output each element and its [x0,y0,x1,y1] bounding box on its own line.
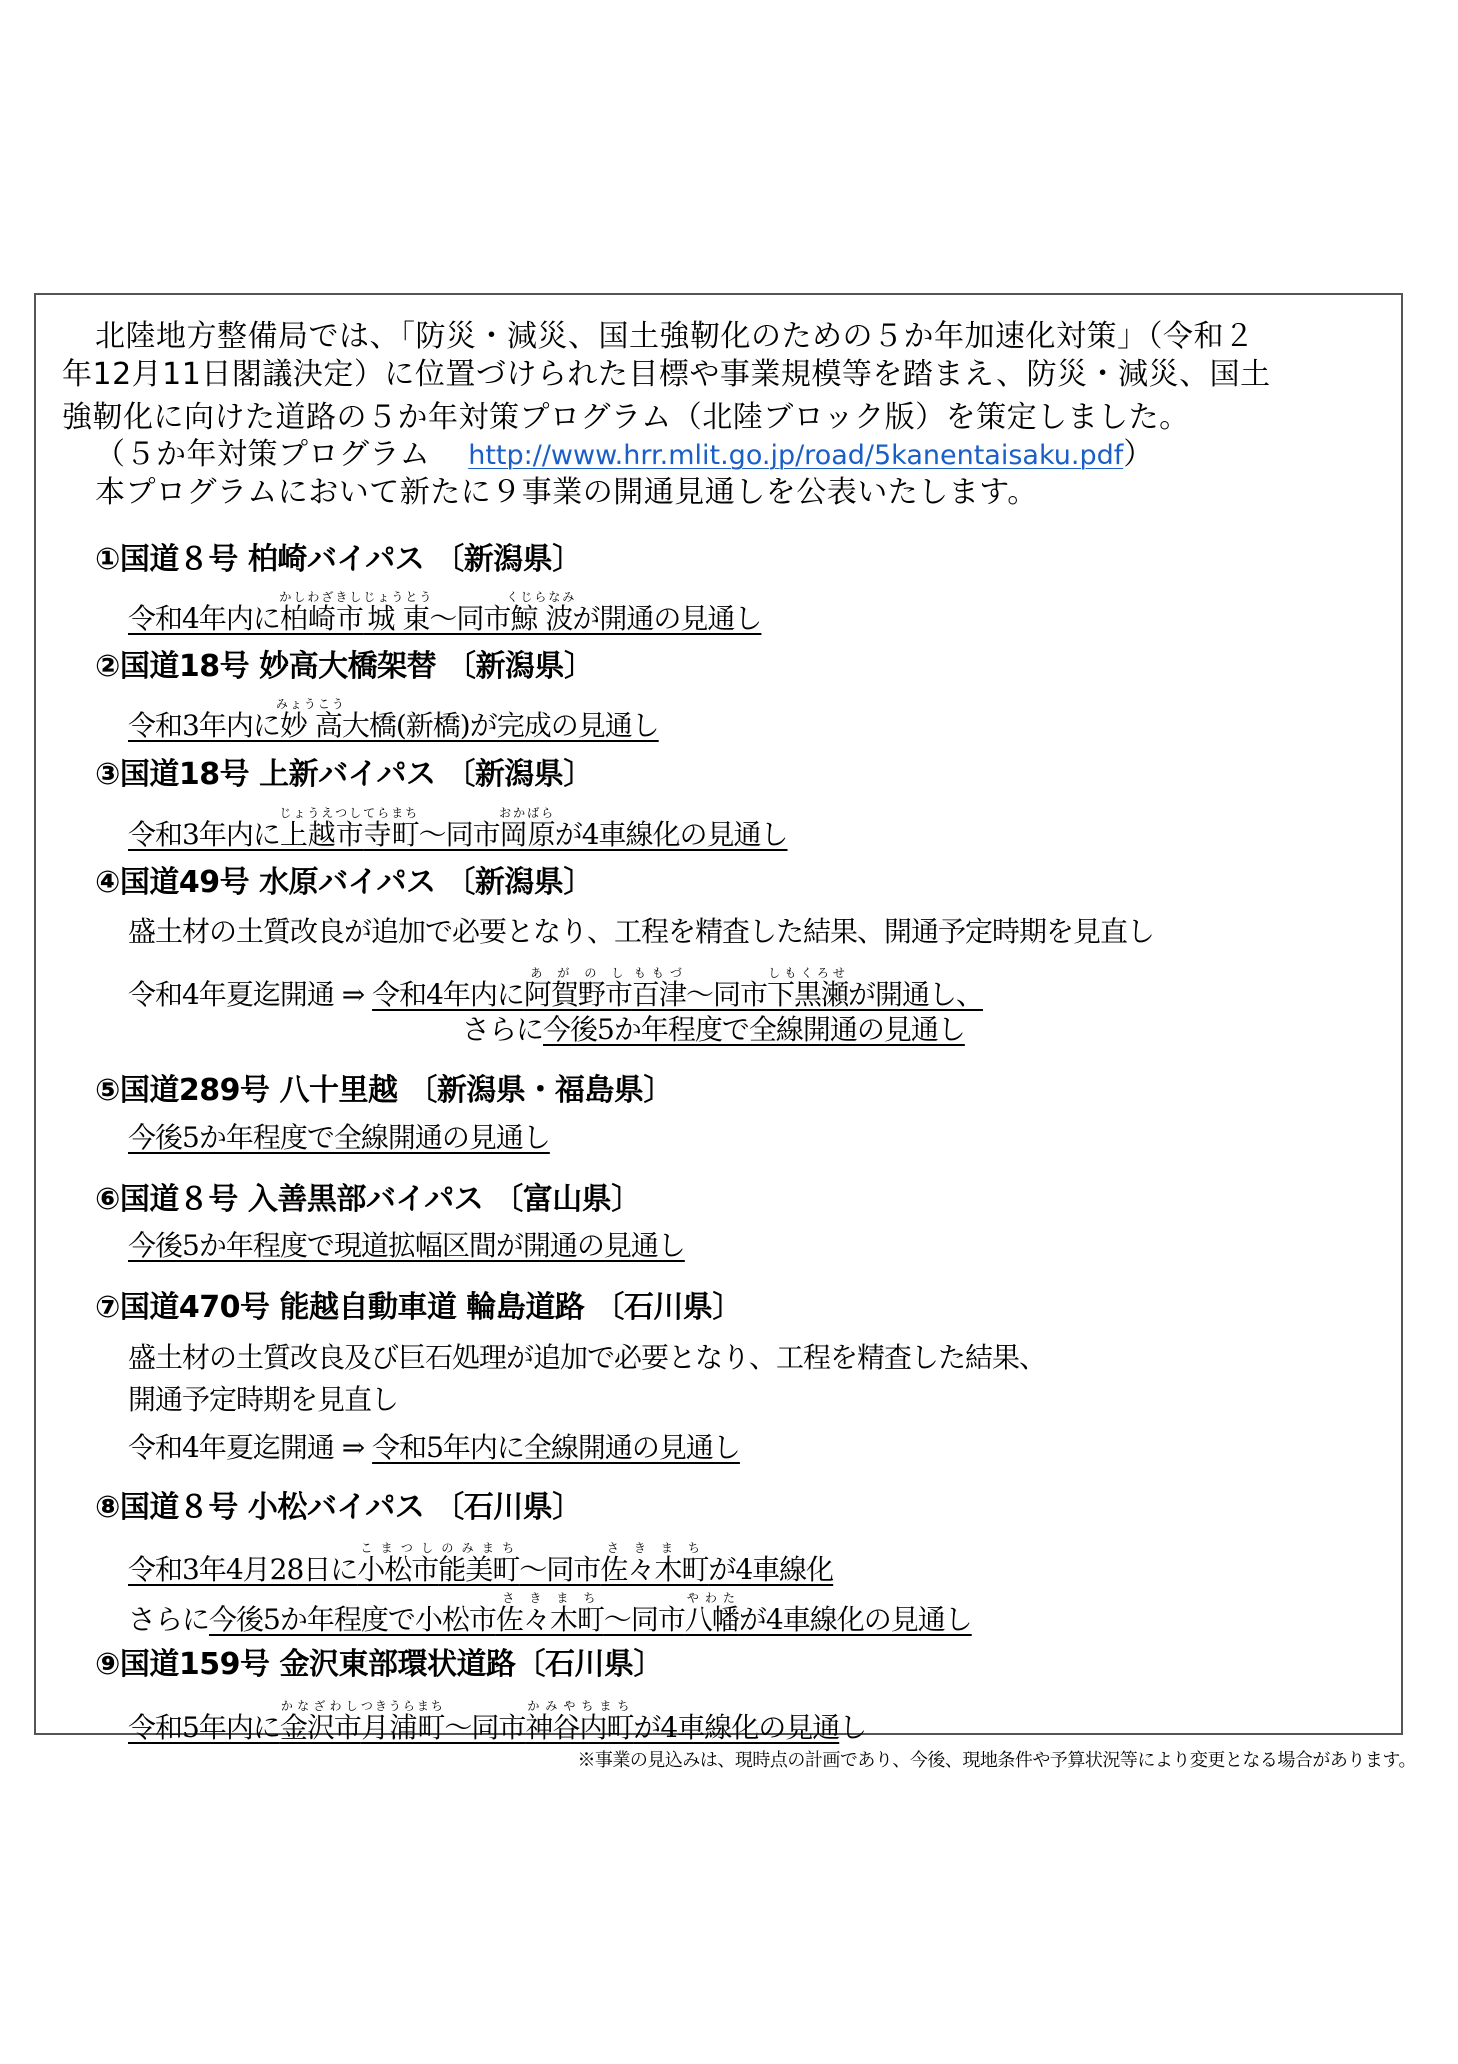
furigana: やわた [685,1591,739,1605]
project-4-reason: 盛土材の土質改良が追加で必要となり、工程を精査した結果、開通予定時期を見直し [128,918,1154,946]
furigana: こまつし [357,1541,438,1555]
furigana: ももづ [632,966,686,980]
project-6-detail: 今後5か年程度で現道拡幅区間が開通の見通し [128,1232,685,1260]
text-segment: が開通の見通し [572,602,761,635]
text-segment: ～同市 [519,1553,600,1586]
project-2-detail: 令和3年内に妙高みょうこう大橋(新橋)が完成の見通し [128,697,659,740]
furigana: かなざわし [280,1699,361,1713]
project-5-heading: ⑤国道289号 八十里越 〔新潟県・福島県〕 [95,1076,673,1106]
project-1-detail: 令和4年内に柏崎市かしわざきし城東じょうとう～同市鯨波くじらなみが開通の見通し [128,590,761,633]
text-segment: 令和4年内に [128,602,280,635]
program-label: （５か年対策プログラム [95,437,430,472]
furigana: さきまち [600,1541,708,1555]
furigana: のみまち [438,1541,519,1555]
text-segment: 今後5か年程度で現道拡幅区間が開通の見通し [128,1229,685,1262]
place-name: 月浦町つきうらまち [361,1711,445,1744]
place-name: 下黒瀬しもくろせ [767,978,848,1011]
furigana: つきうらまち [361,1699,445,1713]
place-name: 上越市じょうえつし [280,818,363,851]
project-7-schedule-change: 令和4年夏迄開通 ⇒ 令和5年内に全線開通の見通し [128,1434,740,1462]
place-name: 柏崎市かしわざきし [280,602,364,635]
project-8-detail-1: 令和3年4月28日に小松市こまつし能美町のみまち～同市佐々木町さきまちが4車線化 [128,1541,833,1584]
text-segment: 令和4年内に [372,978,524,1011]
text-segment: 今後5か年程度で小松市 [209,1603,496,1636]
project-7-heading: ⑦国道470号 能越自動車道 輪島道路 〔石川県〕 [95,1293,742,1323]
intro-line-1: 北陸地方整備局では、「防災・減災、国土強靭化のための５か年加速化対策」（令和２ [95,322,1255,352]
project-2-heading: ②国道18号 妙高大橋架替 〔新潟県〕 [95,652,594,682]
text-segment: 盛土材の土質改良及び巨石処理が追加で必要となり、工程を精査した結果、 [128,1341,1046,1374]
project-9-detail: 令和5年内に金沢市かなざわし月浦町つきうらまち～同市神谷内町かみやちまちが4車線… [128,1699,866,1742]
text-segment: 令和4年夏迄開通 ⇒ [128,978,372,1011]
program-pdf-link[interactable]: http://www.hrr.mlit.go.jp/road/5kanentai… [468,440,1123,471]
project-3-heading: ③国道18号 上新バイパス 〔新潟県〕 [95,760,593,790]
text-segment: 令和5年内に [128,1711,280,1744]
furigana: かしわざきし [279,590,363,604]
furigana: てらまち [363,806,419,820]
place-name: 佐々木町さきまち [496,1603,604,1636]
text-segment: が開通し、 [848,978,983,1011]
text-segment: 大橋(新橋)が完成の見通し [342,709,659,742]
furigana: さきまち [496,1591,604,1605]
place-name: 妙高みょうこう [280,709,342,742]
footnote: ※事業の見込みは、現時点の計画であり、今後、現地条件や予算状況等により変更となる… [577,1752,1416,1770]
furigana: くじらなみ [506,590,576,604]
text-segment: 今後5か年程度で全線開通の見通し [128,1121,550,1154]
place-name: 八幡やわた [685,1603,739,1636]
place-name: 岡原おかばら [500,818,555,851]
text-segment: 令和4年夏迄開通 ⇒ [128,1431,372,1464]
furigana: しもくろせ [767,966,848,980]
furigana: じょうとう [363,590,433,604]
project-8-detail-2: さらに今後5か年程度で小松市佐々木町さきまち～同市八幡やわたが4車線化の見通し [128,1591,972,1634]
text-segment: が4車線化の見通 [633,1711,839,1744]
place-name: 小松市こまつし [357,1553,438,1586]
text-segment: さらに [128,1603,209,1636]
project-8-heading: ⑧国道８号 小松バイパス 〔石川県〕 [95,1493,582,1523]
text-segment: が4車線化の見通し [739,1603,972,1636]
furigana: みょうこう [276,697,346,711]
intro-line-5: 本プログラムにおいて新たに９事業の開通見通しを公表いたします。 [95,478,1038,508]
place-name: 鯨波くじらなみ [510,602,572,635]
text-segment: さらに [462,1013,543,1046]
text-segment: 今後5か年程度で全線開通の見通し [543,1013,965,1046]
program-link-line: （５か年対策プログラムhttp://www.hrr.mlit.go.jp/roa… [95,440,1154,470]
text-segment: し [839,1711,866,1744]
place-name: 神谷内町かみやちまち [525,1711,633,1744]
text-segment: 盛土材の土質改良が追加で必要となり、工程を精査した結果、開通予定時期を見直し [128,915,1154,948]
project-5-detail: 今後5か年程度で全線開通の見通し [128,1124,550,1152]
project-6-heading: ⑥国道８号 入善黒部バイパス 〔富山県〕 [95,1185,641,1215]
project-4-full-opening: さらに今後5か年程度で全線開通の見通し [462,1016,965,1044]
text-segment: ～同市 [604,1603,685,1636]
place-name: 阿賀野市あがのし [524,978,632,1011]
place-name: 百津ももづ [632,978,686,1011]
text-segment: ～同市 [686,978,767,1011]
intro-line-2: 年12月11日閣議決定）に位置づけられた目標や事業規模等を踏まえ、防災・減災、国… [62,360,1271,390]
text-segment: が4車線化の見通し [555,818,788,851]
text-segment: 令和3年内に [128,818,280,851]
place-name: 城東じょうとう [363,602,429,635]
project-7-reason: 盛土材の土質改良及び巨石処理が追加で必要となり、工程を精査した結果、 [128,1344,1046,1372]
furigana: じょうえつし [279,806,363,820]
place-name: 佐々木町さきまち [600,1553,708,1586]
text-segment: 令和5年内に全線開通の見通し [372,1431,740,1464]
text-segment: が4車線化 [708,1553,833,1586]
place-name: 金沢市かなざわし [280,1711,361,1744]
text-segment: ～同市 [444,1711,525,1744]
text-segment: 令和3年内に [128,709,280,742]
project-4-heading: ④国道49号 水原バイパス 〔新潟県〕 [95,868,593,898]
text-segment: ～同市 [429,602,510,635]
furigana: かみやちまち [525,1699,633,1713]
place-name: 寺町てらまち [363,818,419,851]
text-segment: ～同市 [419,818,500,851]
furigana: おかばら [499,806,555,820]
project-9-heading: ⑨国道159号 金沢東部環状道路〔石川県〕 [95,1650,663,1680]
text-segment: 開通予定時期を見直し [128,1383,398,1416]
project-7-reason-cont: 開通予定時期を見直し [128,1386,398,1414]
project-1-heading: ①国道８号 柏崎バイパス 〔新潟県〕 [95,545,582,575]
project-4-schedule-change: 令和4年夏迄開通 ⇒ 令和4年内に阿賀野市あがのし百津ももづ～同市下黒瀬しもくろ… [128,966,983,1009]
project-3-detail: 令和3年内に上越市じょうえつし寺町てらまち～同市岡原おかばらが4車線化の見通し [128,806,788,849]
text-segment: 令和3年4月28日に [128,1553,357,1586]
program-close: ） [1123,437,1154,472]
place-name: 能美町のみまち [438,1553,519,1586]
furigana: あがのし [524,966,632,980]
intro-line-3: 強靭化に向けた道路の５か年対策プログラム（北陸ブロック版）を策定しました。 [62,403,1190,433]
